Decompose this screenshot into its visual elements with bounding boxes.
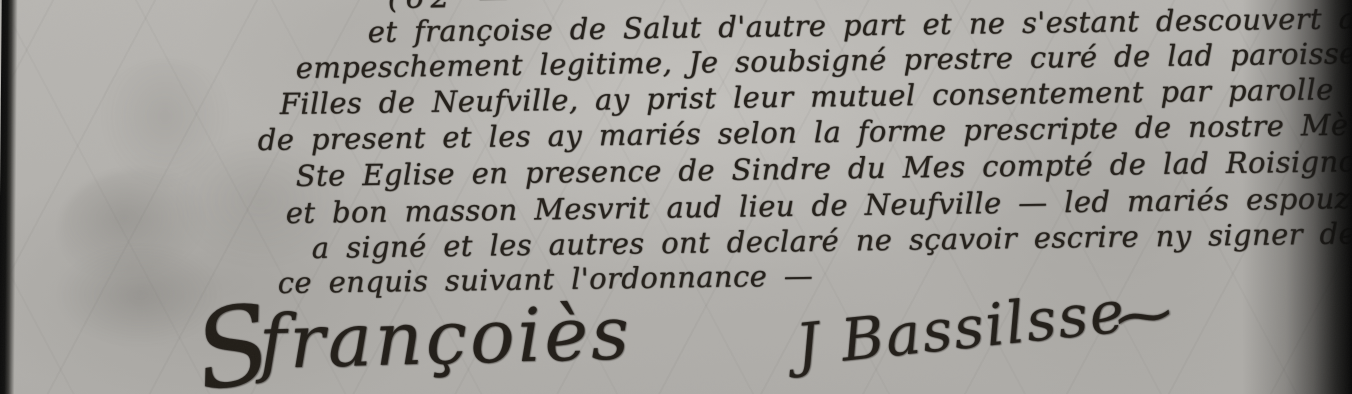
signature-francoies: Sfrançoiès [195,290,633,387]
gutter-shadow [1242,0,1352,394]
signature-name: françoiès [258,290,633,386]
signature-flourish: ~ [1107,277,1185,352]
manuscript-scan: (62 — et françoise de Salut d'autre part… [0,0,1352,394]
handwritten-entry: (62 — et françoise de Salut d'autre part… [0,0,1352,394]
signature-bassilsse: J Bassilsse~ [792,273,1173,380]
signature-paraph: S [192,313,278,385]
signature-name: J Bassilsse [792,277,1129,379]
